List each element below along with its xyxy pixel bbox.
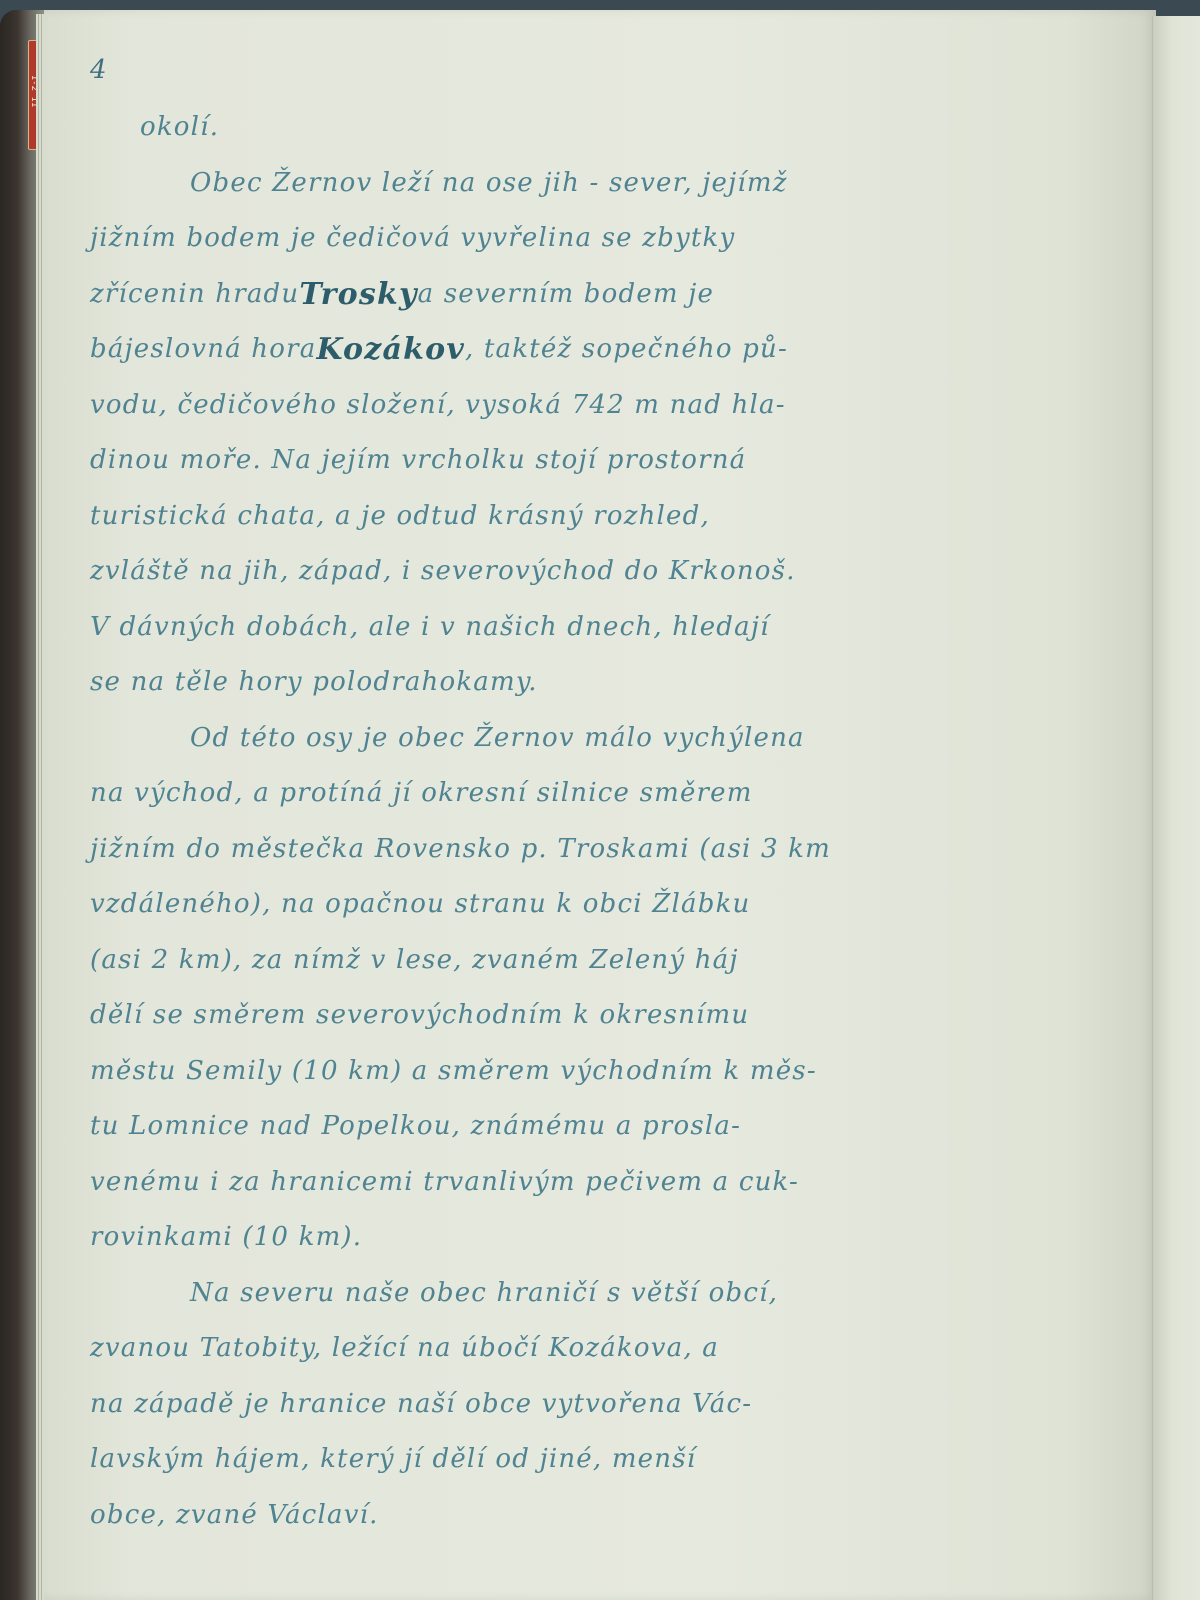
text-line: Na severu naše obec hraničí s větší obcí…	[90, 1266, 1080, 1322]
text-line: Od této osy je obec Žernov málo vychýlen…	[90, 711, 1080, 767]
text-line: bájeslovná hora Kozákov, taktéž sopečnéh…	[90, 322, 1080, 378]
text-line: na západě je hranice naší obce vytvořena…	[90, 1377, 1080, 1433]
text-line: se na těle hory polodrahokamy.	[90, 655, 1080, 711]
next-page-edge	[1152, 16, 1200, 1600]
text-line: V dávných dobách, ale i v našich dnech, …	[90, 600, 1080, 656]
text-line: (asi 2 km), za nímž v lese, zvaném Zelen…	[90, 933, 1080, 989]
text-line: rovinkami (10 km).	[90, 1210, 1080, 1266]
handwritten-text-body: okolí. Obec Žernov leží na ose jih - sev…	[90, 100, 1080, 1543]
text-line: zřícenin hradu Trosky a severním bodem j…	[90, 267, 1080, 323]
text-line: městu Semily (10 km) a směrem východním …	[90, 1044, 1080, 1100]
text-line: turistická chata, a je odtud krásný rozh…	[90, 489, 1080, 545]
text-line: na východ, a protíná jí okresní silnice …	[90, 766, 1080, 822]
text-line: zvláště na jih, západ, i severovýchod do…	[90, 544, 1080, 600]
text-line: obce, zvané Václaví.	[90, 1488, 1080, 1544]
text-line: zvanou Tatobity, ležící na úbočí Kozákov…	[90, 1321, 1080, 1377]
text-line: tu Lomnice nad Popelkou, známému a prosl…	[90, 1099, 1080, 1155]
text-line: dinou moře. Na jejím vrcholku stojí pros…	[90, 433, 1080, 489]
text-line: okolí.	[90, 100, 1080, 156]
text-line: venému i za hranicemi trvanlivým pečivem…	[90, 1155, 1080, 1211]
emphasized-word: Kozákov	[316, 322, 465, 378]
text-line: dělí se směrem severovýchodním k okresní…	[90, 988, 1080, 1044]
text-line: vzdáleného), na opačnou stranu k obci Žl…	[90, 877, 1080, 933]
emphasized-word: Trosky	[299, 267, 417, 323]
text-line: lavským hájem, který jí dělí od jiné, me…	[90, 1432, 1080, 1488]
page-number: 4	[90, 55, 107, 85]
text-line: vodu, čedičového složení, vysoká 742 m n…	[90, 378, 1080, 434]
text-line: jižním bodem je čedičová vyvřelina se zb…	[90, 211, 1080, 267]
text-line: jižním do městečka Rovensko p. Troskami …	[90, 822, 1080, 878]
text-line: Obec Žernov leží na ose jih - sever, jej…	[90, 156, 1080, 212]
